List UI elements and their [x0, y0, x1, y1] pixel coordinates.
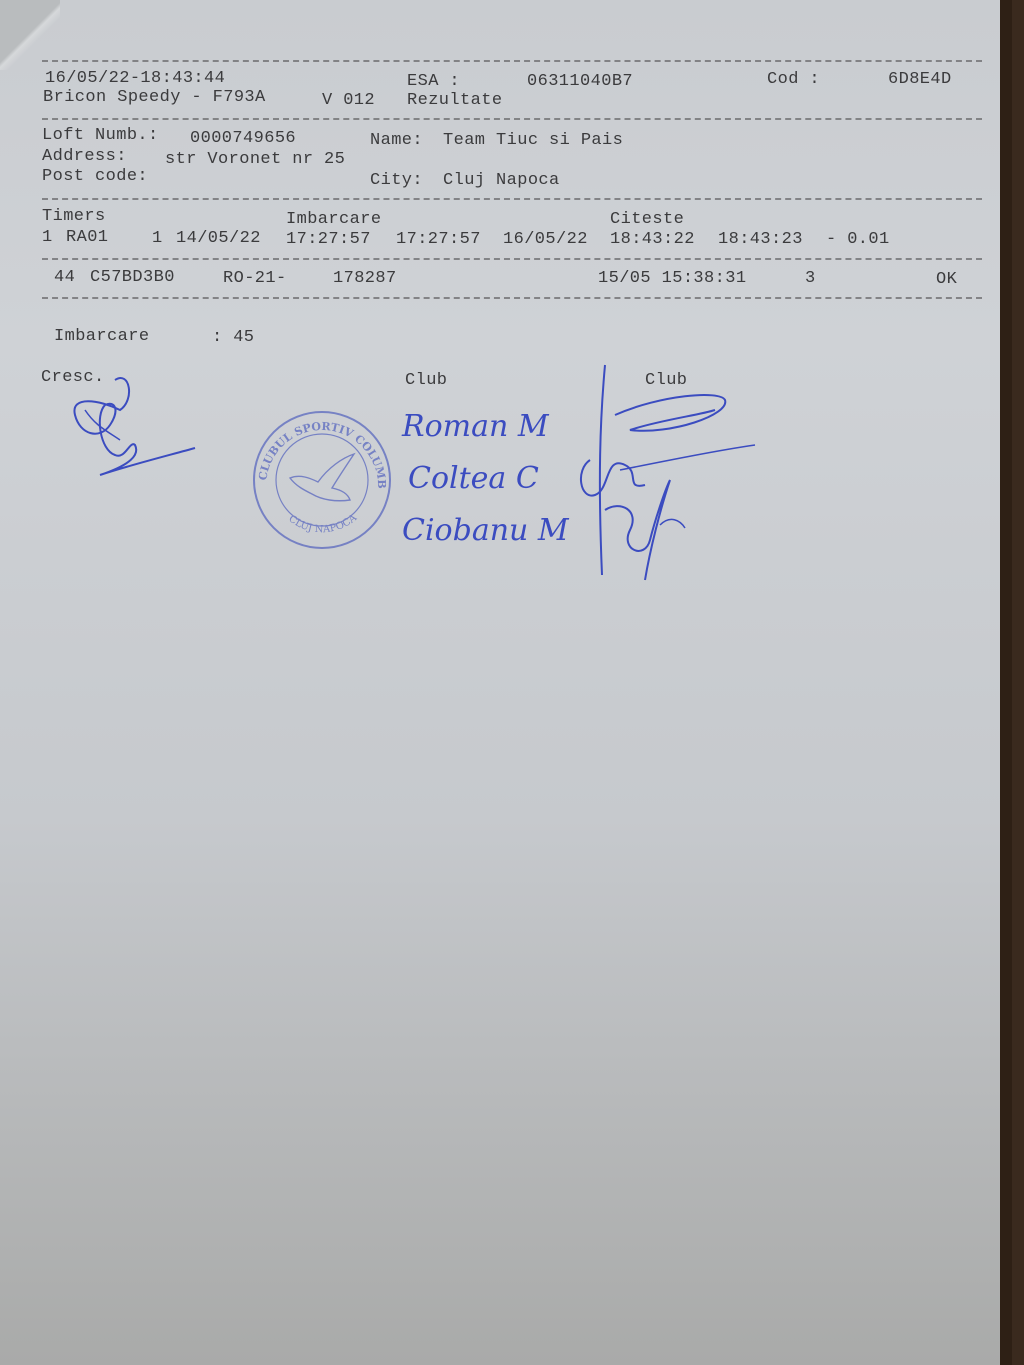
fancier-name: Team Tiuc si Pais	[443, 131, 623, 151]
divider	[42, 198, 982, 200]
name-label: Name:	[370, 131, 423, 151]
imbarcare-time2: 17:27:57	[396, 230, 481, 250]
handwritten-name-3: Ciobanu M	[402, 514, 569, 548]
imbarcare-summary-label: Imbarcare	[54, 327, 149, 347]
print-datetime: 16/05/22-18:43:44	[45, 69, 225, 89]
imbarcare-time1: 17:27:57	[286, 230, 371, 250]
club-label-1: Club	[405, 371, 447, 391]
bird-chip: C57BD3B0	[90, 268, 175, 288]
bird-ring-number: 178287	[333, 269, 397, 289]
address-label: Address:	[42, 147, 127, 167]
background-edge	[1000, 0, 1012, 1365]
loft-label: Loft Numb.:	[42, 126, 159, 146]
timer-count: 1	[152, 229, 163, 249]
loft-number: 0000749656	[190, 129, 296, 149]
bird-number: 44	[54, 268, 75, 288]
esa-label: ESA :	[407, 72, 460, 92]
divider	[42, 258, 982, 260]
imbarcare-summary-value: : 45	[212, 328, 254, 348]
citeste-time2: 18:43:23	[718, 230, 803, 250]
device-name: Bricon Speedy - F793A	[43, 88, 266, 108]
svg-text:CLUJ NAPOCA: CLUJ NAPOCA	[286, 512, 359, 535]
esa-value: 06311040B7	[527, 72, 633, 92]
handwritten-name-2: Coltea C	[408, 462, 539, 496]
device-version: V 012	[322, 91, 375, 111]
bird-arrival: 15/05 15:38:31	[598, 269, 746, 289]
divider	[42, 118, 982, 120]
timer-deviation: - 0.01	[826, 230, 890, 250]
divider	[42, 60, 982, 62]
bird-ring-prefix: RO-21-	[223, 269, 287, 289]
timer-index: 1	[42, 228, 53, 248]
timer-id: RA01	[66, 228, 108, 248]
city-value: Cluj Napoca	[443, 171, 560, 191]
city-label: City:	[370, 171, 423, 191]
paper-sheet: 16/05/22-18:43:44 ESA : 06311040B7 Cod :…	[0, 0, 1012, 1365]
address-value: str Voronet nr 25	[165, 150, 345, 170]
imbarcare-header: Imbarcare	[286, 210, 381, 230]
club-stamp: CLUBUL SPORTIV COLUMBOFIL CLUJ NAPOCA	[250, 408, 395, 553]
divider	[42, 297, 982, 299]
bird-status: OK	[936, 270, 957, 290]
stamp-bottom-text: CLUJ NAPOCA	[286, 512, 359, 535]
bird-count: 3	[805, 269, 816, 289]
imbarcare-date: 14/05/22	[176, 229, 261, 249]
cresc-signature	[60, 370, 210, 490]
citeste-date: 16/05/22	[503, 230, 588, 250]
handwritten-name-1: Roman M	[402, 410, 549, 444]
report-type: Rezultate	[407, 91, 502, 111]
cod-value: 6D8E4D	[888, 70, 952, 90]
club-signatures	[570, 360, 770, 590]
citeste-time1: 18:43:22	[610, 230, 695, 250]
cod-label: Cod :	[767, 70, 820, 90]
timers-header: Timers	[42, 207, 106, 227]
postcode-label: Post code:	[42, 167, 148, 187]
dove-icon	[290, 454, 354, 501]
citeste-header: Citeste	[610, 210, 684, 230]
